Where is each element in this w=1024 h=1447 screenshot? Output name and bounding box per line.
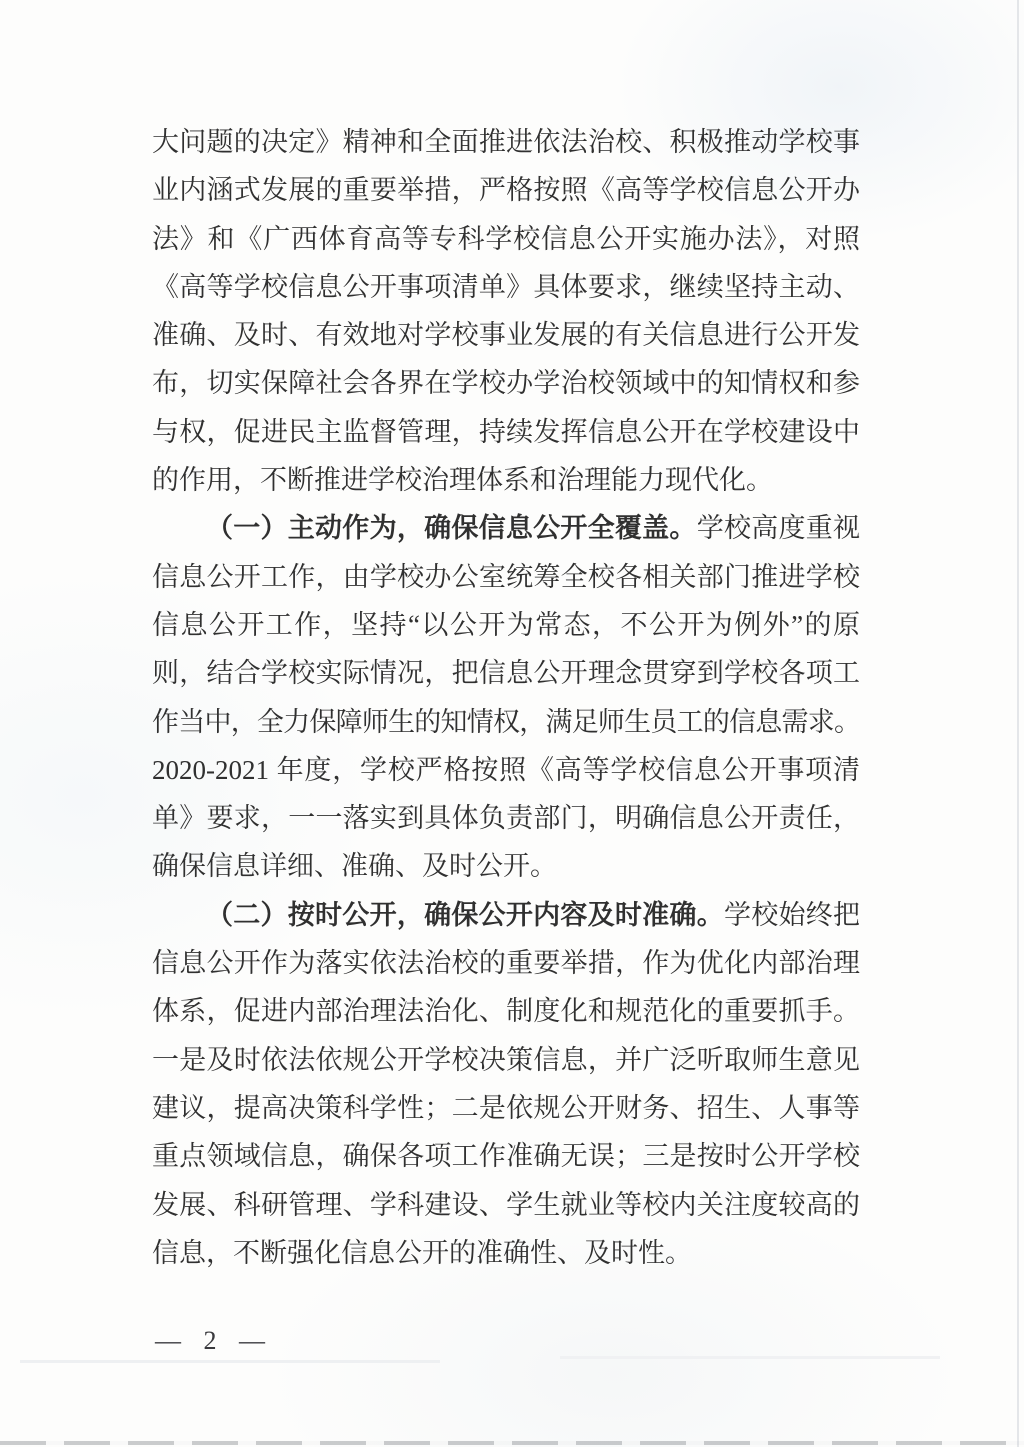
text-segment: 信息公开工作，由学校办公室统筹全校各相关部门推进学校 [152,562,860,592]
text-line: 则，结合学校实际情况，把信息公开理念贯穿到学校各项工 [152,649,860,697]
text-line: 布，切实保障社会各界在学校办学治校领域中的知情权和参 [152,359,860,407]
text-line: 建议，提高决策科学性；二是依规公开财务、招生、人事等 [152,1084,860,1132]
text-segment: 作当中，全力保障师生的知情权，满足师生员工的信息需求。 [152,707,860,737]
text-line: 作当中，全力保障师生的知情权，满足师生员工的信息需求。 [152,698,860,746]
text-segment: 建议，提高决策科学性；二是依规公开财务、招生、人事等 [152,1093,860,1123]
text-line: 信息公开工作，坚持“以公开为常态，不公开为例外”的原 [152,601,860,649]
text-segment: 2020-2021 年度，学校严格按照《高等学校信息公开事项清 [152,755,860,785]
text-segment: 的作用，不断推进学校治理体系和治理能力现代化。 [152,465,773,495]
text-segment: 确保信息详细、准确、及时公开。 [152,851,557,881]
text-segment: 发展、科研管理、学科建设、学生就业等校内关注度较高的 [152,1190,860,1220]
text-segment: 一是及时依法依规公开学校决策信息，并广泛听取师生意见 [152,1045,860,1075]
text-line: 业内涵式发展的重要举措，严格按照《高等学校信息公开办 [152,166,860,214]
text-line: 发展、科研管理、学科建设、学生就业等校内关注度较高的 [152,1181,860,1229]
page-footer: — 2 — [155,1324,268,1358]
text-line: 体系，促进内部治理法治化、制度化和规范化的重要抓手。 [152,987,860,1035]
scan-bottom-edge-artifact [0,1441,1024,1445]
text-segment: 学校始终把 [724,900,860,930]
text-segment: 信息，不断强化信息公开的准确性、及时性。 [152,1238,692,1268]
text-segment: 布，切实保障社会各界在学校办学治校领域中的知情权和参 [152,368,860,398]
page-number: — 2 — [155,1326,268,1355]
text-segment: 准确、及时、有效地对学校事业发展的有关信息进行公开发 [152,320,860,350]
scan-edge-artifact [1017,0,1019,1447]
paragraph-heading: （二）按时公开，确保公开内容及时准确。 [206,900,724,930]
text-line: 与权，促进民主监督管理，持续发挥信息公开在学校建设中 [152,408,860,456]
text-segment: 法》和《广西体育高等专科学校信息公开实施办法》，对照 [152,224,860,254]
text-line: 的作用，不断推进学校治理体系和治理能力现代化。 [152,456,860,504]
text-segment: 与权，促进民主监督管理，持续发挥信息公开在学校建设中 [152,417,860,447]
scan-smudge-artifact [560,1356,940,1359]
text-line: 准确、及时、有效地对学校事业发展的有关信息进行公开发 [152,311,860,359]
text-line: 单》要求，一一落实到具体负责部门，明确信息公开责任， [152,794,860,842]
text-line: 信息，不断强化信息公开的准确性、及时性。 [152,1229,860,1277]
text-line: 信息公开工作，由学校办公室统筹全校各相关部门推进学校 [152,553,860,601]
text-line: 2020-2021 年度，学校严格按照《高等学校信息公开事项清 [152,746,860,794]
text-segment: 业内涵式发展的重要举措，严格按照《高等学校信息公开办 [152,175,860,205]
text-segment: 学校高度重视 [697,513,860,543]
text-segment: 信息公开作为落实依法治校的重要举措，作为优化内部治理 [152,948,860,978]
paragraph-heading: （一）主动作为，确保信息公开全覆盖。 [206,513,697,543]
text-segment: 信息公开工作，坚持“以公开为常态，不公开为例外”的原 [152,610,860,640]
text-line: 重点领域信息，确保各项工作准确无误；三是按时公开学校 [152,1132,860,1180]
text-line: （一）主动作为，确保信息公开全覆盖。学校高度重视 [152,504,860,552]
text-line: 《高等学校信息公开事项清单》具体要求，继续坚持主动、 [152,263,860,311]
text-line: 一是及时依法依规公开学校决策信息，并广泛听取师生意见 [152,1036,860,1084]
text-segment: 则，结合学校实际情况，把信息公开理念贯穿到学校各项工 [152,658,860,688]
scan-smudge-artifact [20,1360,440,1363]
scanned-document-page: 大问题的决定》精神和全面推进依法治校、积极推动学校事业内涵式发展的重要举措，严格… [0,0,1024,1447]
text-line: 信息公开作为落实依法治校的重要举措，作为优化内部治理 [152,939,860,987]
text-line: 确保信息详细、准确、及时公开。 [152,842,860,890]
document-body: 大问题的决定》精神和全面推进依法治校、积极推动学校事业内涵式发展的重要举措，严格… [152,118,860,1277]
text-segment: 《高等学校信息公开事项清单》具体要求，继续坚持主动、 [152,272,860,302]
text-segment: 重点领域信息，确保各项工作准确无误；三是按时公开学校 [152,1141,860,1171]
text-line: 法》和《广西体育高等专科学校信息公开实施办法》，对照 [152,215,860,263]
text-segment: 体系，促进内部治理法治化、制度化和规范化的重要抓手。 [152,996,860,1026]
text-segment: 单》要求，一一落实到具体负责部门，明确信息公开责任， [152,803,860,833]
text-line: 大问题的决定》精神和全面推进依法治校、积极推动学校事 [152,118,860,166]
text-segment: 大问题的决定》精神和全面推进依法治校、积极推动学校事 [152,127,860,157]
text-line: （二）按时公开，确保公开内容及时准确。学校始终把 [152,891,860,939]
